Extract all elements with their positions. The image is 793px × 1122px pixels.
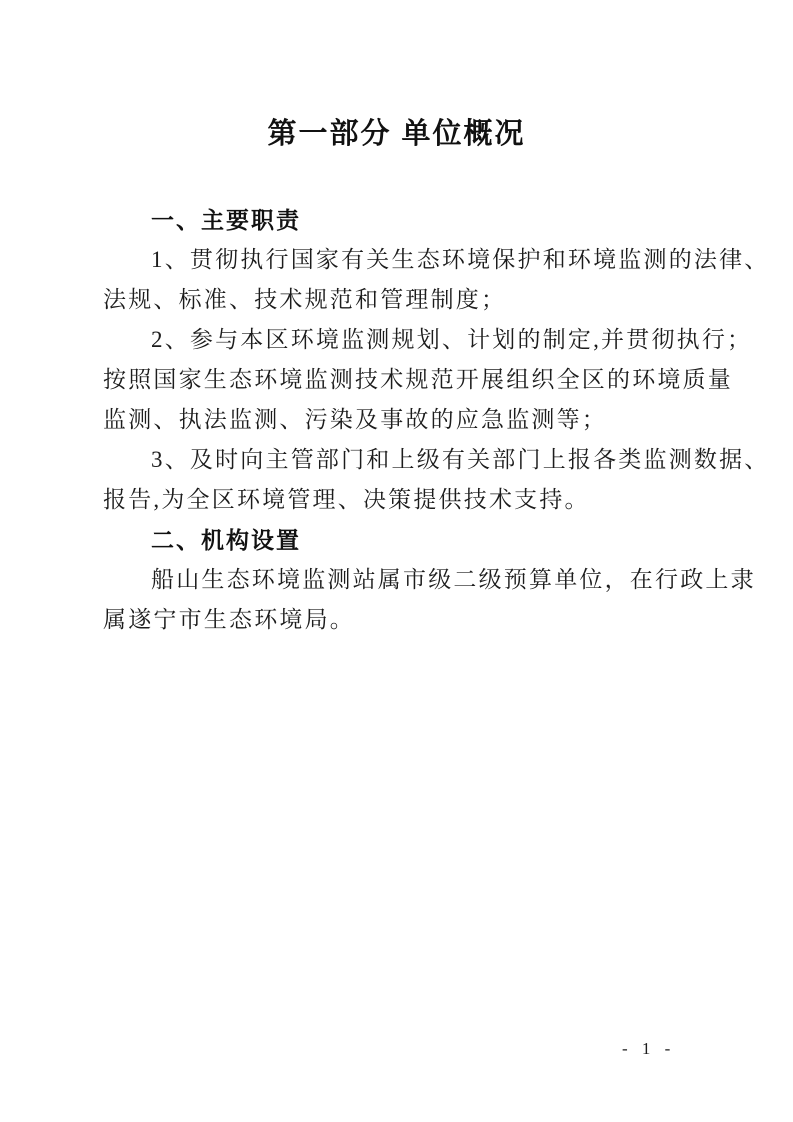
document-body: 一、主要职责 1、贯彻执行国家有关生态环境保护和环境监测的法律、 法规、标准、技… <box>103 200 703 640</box>
text-line: 1、贯彻执行国家有关生态环境保护和环境监测的法律、 <box>103 240 703 280</box>
section-heading-main-duties: 一、主要职责 <box>103 200 703 240</box>
document-title: 第一部分 单位概况 <box>0 112 793 156</box>
text-line: 按照国家生态环境监测技术规范开展组织全区的环境质量 <box>103 360 703 400</box>
text-line: 属遂宁市生态环境局。 <box>103 600 703 640</box>
text-line: 法规、标准、技术规范和管理制度； <box>103 280 703 320</box>
paragraph-duty-3: 3、及时向主管部门和上级有关部门上报各类监测数据、 报告,为全区环境管理、决策提… <box>103 440 703 520</box>
paragraph-duty-1: 1、贯彻执行国家有关生态环境保护和环境监测的法律、 法规、标准、技术规范和管理制… <box>103 240 703 320</box>
page-number: - 1 - <box>622 1036 675 1062</box>
text-line: 报告,为全区环境管理、决策提供技术支持。 <box>103 480 703 520</box>
section-heading-organization: 二、机构设置 <box>103 520 703 560</box>
document-page: 第一部分 单位概况 一、主要职责 1、贯彻执行国家有关生态环境保护和环境监测的法… <box>0 0 793 1122</box>
paragraph-duty-2: 2、参与本区环境监测规划、计划的制定,并贯彻执行； 按照国家生态环境监测技术规范… <box>103 320 703 440</box>
text-line: 2、参与本区环境监测规划、计划的制定,并贯彻执行； <box>103 320 703 360</box>
text-line: 船山生态环境监测站属市级二级预算单位，在行政上隶 <box>103 560 703 600</box>
text-line: 监测、执法监测、污染及事故的应急监测等； <box>103 400 703 440</box>
text-line: 3、及时向主管部门和上级有关部门上报各类监测数据、 <box>103 440 703 480</box>
paragraph-organization: 船山生态环境监测站属市级二级预算单位，在行政上隶 属遂宁市生态环境局。 <box>103 560 703 640</box>
